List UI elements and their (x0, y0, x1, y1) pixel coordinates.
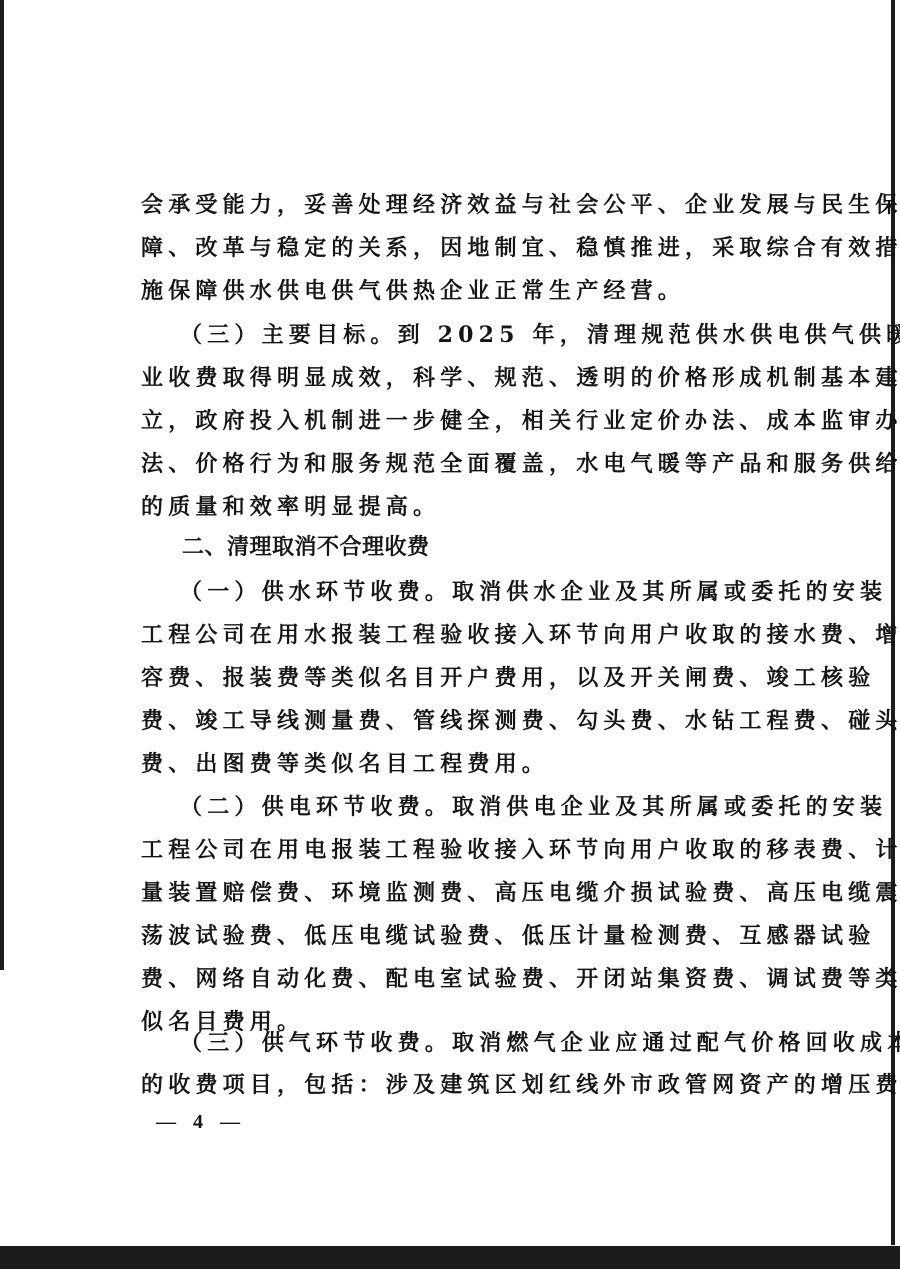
text-line: 费、出图费等类似名目工程费用。 (141, 749, 757, 779)
text-line: 法、价格行为和服务规范全面覆盖，水电气暖等产品和服务供给 (141, 449, 757, 479)
text-line: 会承受能力，妥善处理经济效益与社会公平、企业发展与民生保 (141, 190, 757, 220)
page-number: — 4 — (156, 1108, 246, 1136)
text-line: 荡波试验费、低压电缆试验费、低压计量检测费、互感器试验 (141, 921, 757, 951)
text-line: （三）供气环节收费。取消燃气企业应通过配气价格回收成本 (180, 1028, 757, 1058)
text-line: 障、改革与稳定的关系，因地制宜、稳慎推进，采取综合有效措 (141, 233, 757, 263)
text-line: 施保障供水供电供气供热企业正常生产经营。 (141, 276, 757, 306)
text-line: 工程公司在用电报装工程验收接入环节向用户收取的移表费、计 (141, 835, 757, 865)
text-line: （三）主要目标。到 2025 年，清理规范供水供电供气供暖行 (180, 320, 757, 350)
text-line: 的收费项目，包括：涉及建筑区划红线外市政管网资产的增压费、 (141, 1070, 757, 1100)
document-page: 会承受能力，妥善处理经济效益与社会公平、企业发展与民生保 障、改革与稳定的关系，… (4, 0, 891, 1246)
text-line: 容费、报装费等类似名目开户费用，以及开关闸费、竣工核验 (141, 663, 757, 693)
section-heading: 二、清理取消不合理收费 (182, 533, 430, 563)
scan-edge-bottom (0, 1246, 900, 1269)
text-line: （一）供水环节收费。取消供水企业及其所属或委托的安装 (180, 577, 757, 607)
text-line: 的质量和效率明显提高。 (141, 492, 757, 522)
text-line: 立，政府投入机制进一步健全，相关行业定价办法、成本监审办 (141, 406, 757, 436)
text-line: 费、网络自动化费、配电室试验费、开闭站集资费、调试费等类 (141, 964, 757, 994)
text-line: 量装置赔偿费、环境监测费、高压电缆介损试验费、高压电缆震 (141, 878, 757, 908)
text-line: （二）供电环节收费。取消供电企业及其所属或委托的安装 (180, 792, 757, 822)
text-line: 业收费取得明显成效，科学、规范、透明的价格形成机制基本建 (141, 363, 757, 393)
text-line: 费、竣工导线测量费、管线探测费、勾头费、水钻工程费、碰头 (141, 706, 757, 736)
text-line: 工程公司在用水报装工程验收接入环节向用户收取的接水费、增 (141, 620, 757, 650)
